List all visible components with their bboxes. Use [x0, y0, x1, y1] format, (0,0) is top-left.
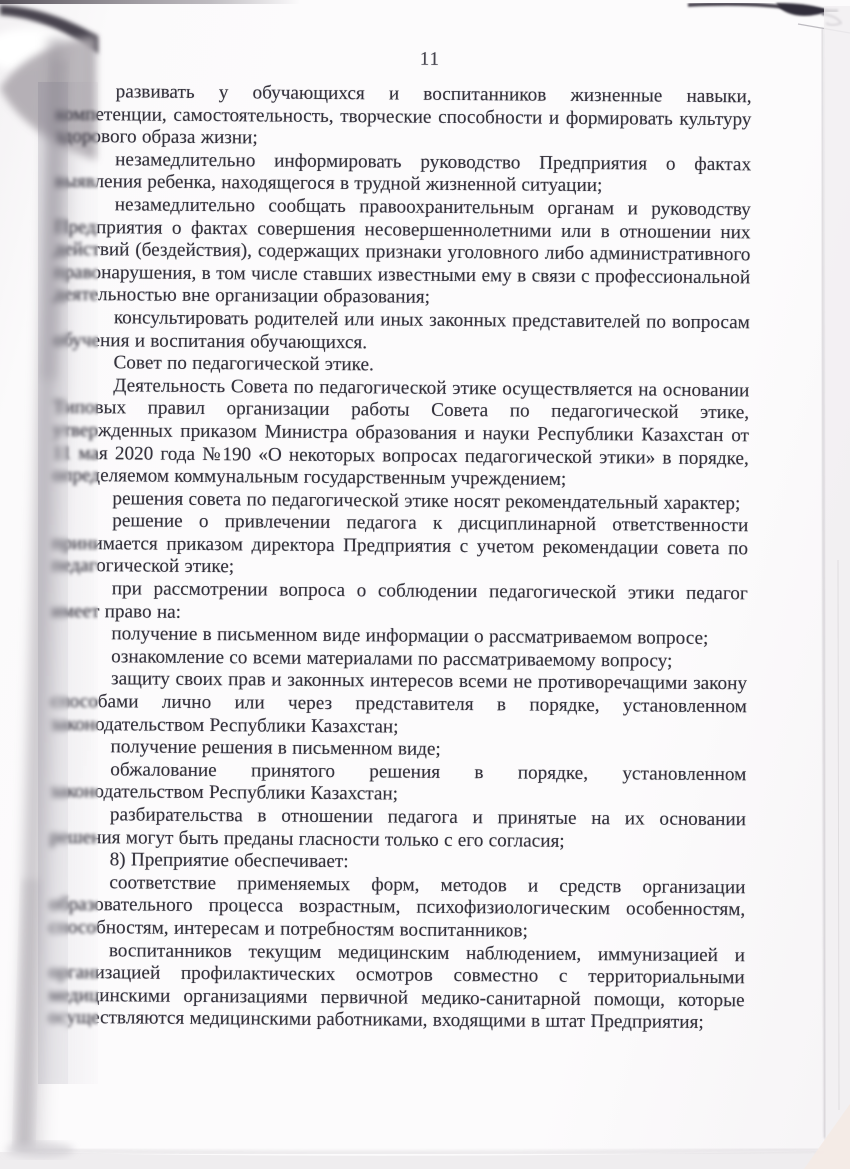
paragraph: разбирательства в отношении педагога и п…: [50, 804, 746, 855]
paragraph: незамедлительно информировать руководств…: [55, 149, 751, 200]
paragraph: обжалование принятого решения в порядке,…: [50, 759, 746, 810]
paragraph: незамедлительно сообщать правоохранитель…: [54, 194, 751, 312]
paragraph: при рассмотрении вопроса о соблюдении пе…: [51, 578, 747, 629]
page-number: 11: [82, 46, 778, 73]
paragraph: защиту своих прав и законных интересов в…: [51, 668, 748, 741]
paragraph: соответствие применяемых форм, методов и…: [49, 872, 746, 945]
paragraph: Деятельность Совета по педагогической эт…: [53, 375, 750, 493]
paragraph: консультировать родителей или иных закон…: [54, 307, 750, 358]
scanned-document-page: 11 развивать у обучающихся и воспитанник…: [0, 0, 850, 1169]
paragraph: решение о привлечении педагога к дисципл…: [52, 510, 749, 583]
paragraph: воспитанников текущим медицинским наблюд…: [48, 939, 745, 1035]
body-text: развивать у обучающихся и воспитанников …: [48, 81, 751, 1035]
page-content: 11 развивать у обучающихся и воспитанник…: [48, 46, 752, 1035]
paragraph: развивать у обучающихся и воспитанников …: [55, 81, 752, 154]
